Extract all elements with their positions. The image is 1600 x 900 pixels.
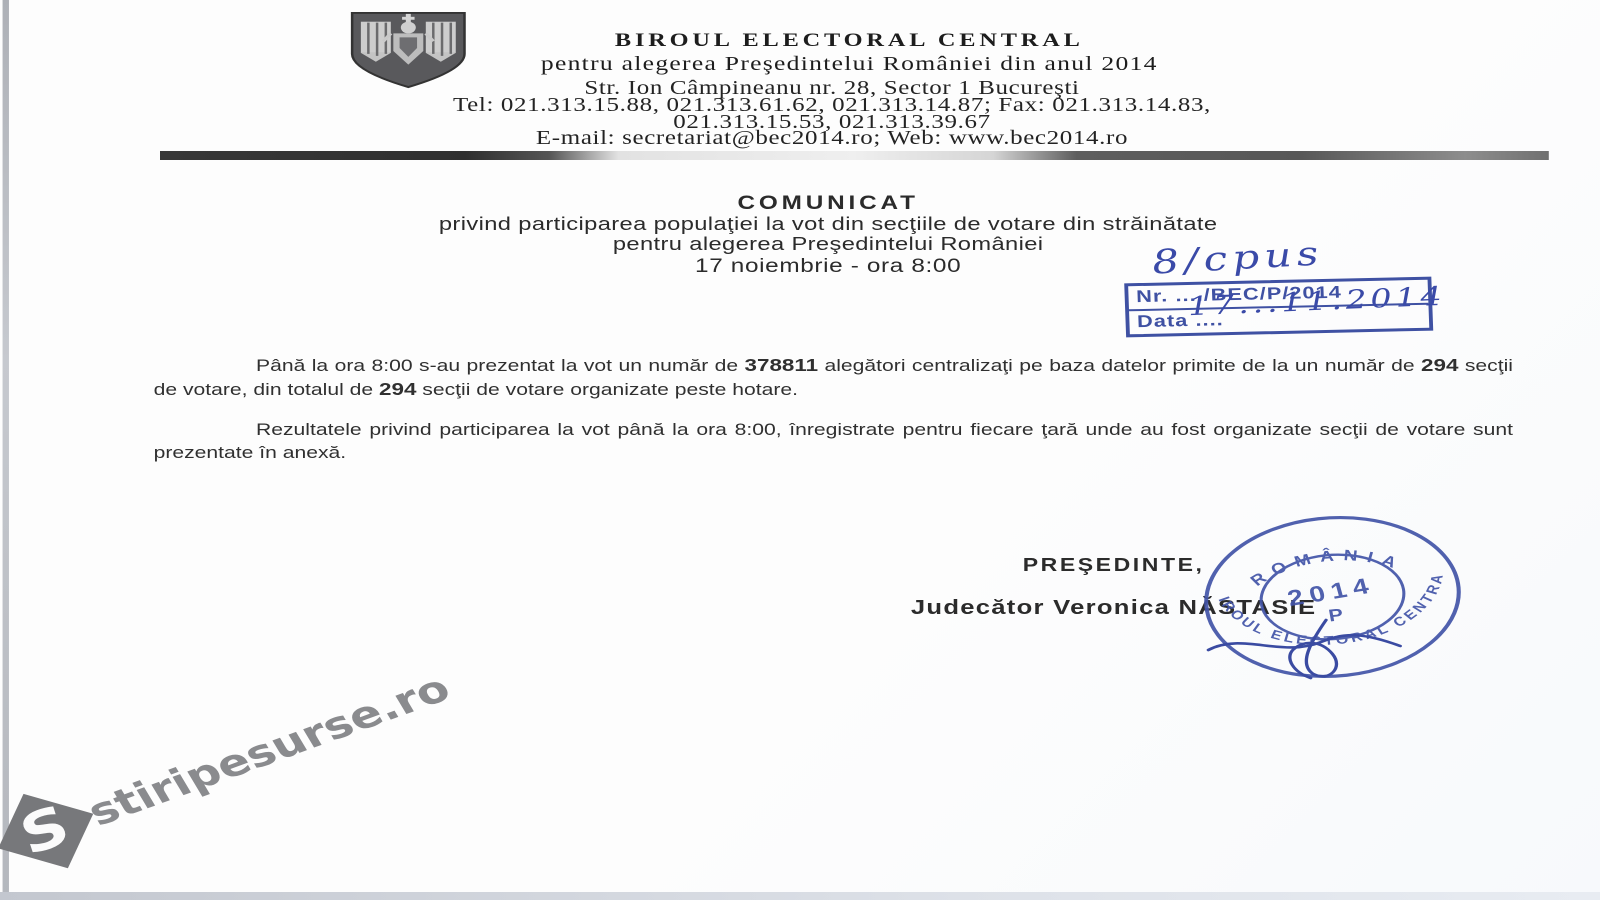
body-paragraph-2: Rezultatele privind participarea la vot … [154,419,1513,465]
p1-voters-count: 378811 [745,355,819,375]
watermark-logo-diamond: S [0,794,93,868]
watermark-text: stiripesurse.ro [79,666,458,834]
scan-stretch-wrapper: BIROUL ELECTORAL CENTRAL pentru alegerea… [0,0,1600,900]
watermark-logo-letter: S [10,800,82,863]
header-contact-block: Str. Ion Câmpineanu nr. 28, Sector 1 Buc… [32,81,1600,148]
header-org-block: BIROUL ELECTORAL CENTRAL pentru alegerea… [97,30,1600,76]
p1-segment-2: alegători centralizaţi pe baza datelor p… [818,357,1421,375]
p1-segment-1: Până la ora 8:00 s-au prezentat la vot u… [256,357,745,375]
p1-sections-total: 294 [379,379,416,399]
p1-segment-4: secţii de votare organizate peste hotare… [416,381,798,399]
scanner-edge-bottom [0,892,1600,900]
document-date-line: 17 noiembrie - ora 8:00 [28,256,1600,278]
p1-sections-count: 294 [1421,355,1458,375]
scanner-edge-left [3,0,9,900]
body-text-block: Până la ora 8:00 s-au prezentat la vot u… [154,354,1513,465]
document-subtitle-1: privind participarea populaţiei la vot d… [28,214,1600,234]
document-subtitle-2: pentru alegerea Preşedintelui României [28,234,1600,254]
org-name: BIROUL ELECTORAL CENTRAL [97,30,1600,52]
signature-scribble-icon [1203,616,1408,686]
body-paragraph-1: Până la ora 8:00 s-au prezentat la vot u… [154,354,1513,402]
title-block: COMUNICAT privind participarea populaţie… [28,194,1600,254]
watermark: S stiripesurse.ro [0,659,462,870]
org-subtitle: pentru alegerea Preşedintelui României d… [97,53,1600,76]
header-separator-rule [160,151,1549,160]
document-title: COMUNICAT [28,194,1600,214]
org-email-web: E-mail: secretariat@bec2014.ro; Web: www… [32,131,1600,148]
scanned-document-page: BIROUL ELECTORAL CENTRAL pentru alegerea… [0,0,1600,900]
